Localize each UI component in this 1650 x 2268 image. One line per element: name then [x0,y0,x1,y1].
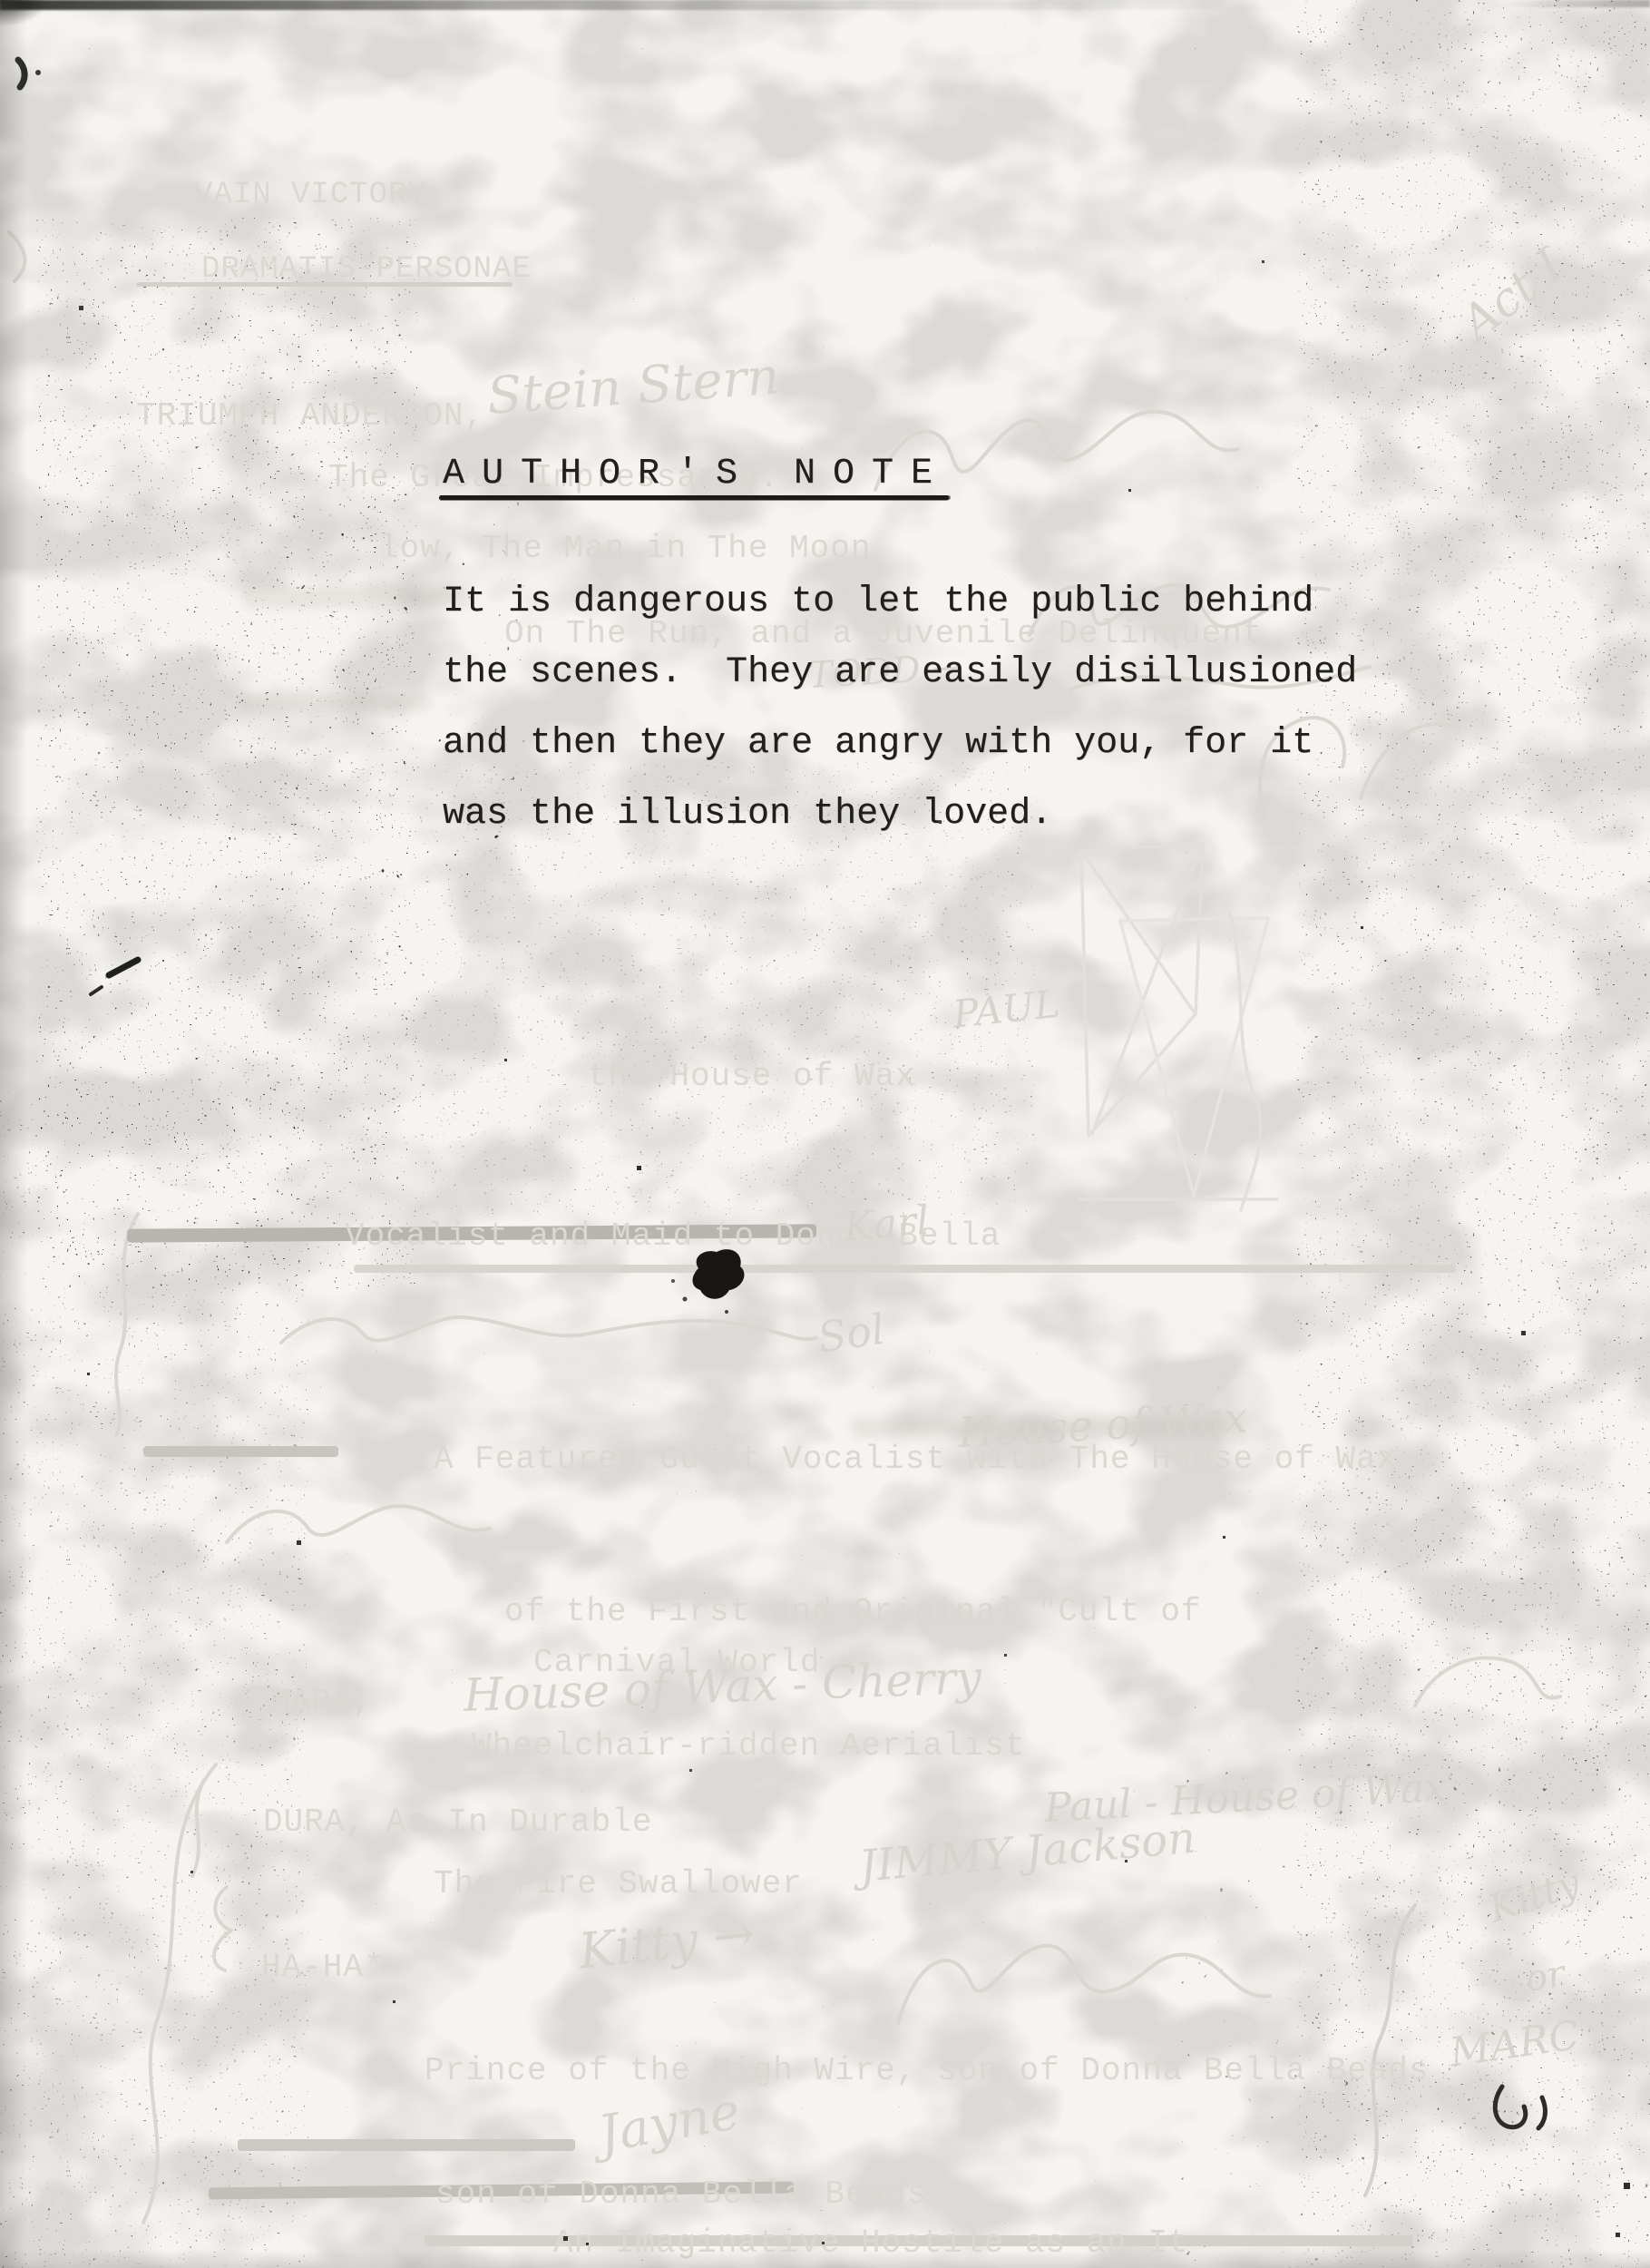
ghost-typed-line: Prince of the High Wire, son of Donna Be… [425,2052,1430,2089]
note-line: was the illusion they loved. [443,794,1052,835]
note-line: It is dangerous to let the public behind [443,582,1313,622]
ghost-handwritten-line: Kitty → [576,1905,757,1980]
ghost-handwritten-line: Act I [1451,239,1574,351]
note-line: and then they are angry with you, for it [443,723,1313,764]
ghost-typed-line: DRAMATIS-PERSONAE [201,252,532,287]
left-edge-shade [0,0,27,2268]
ghost-typed-line: Wheelchair-ridden Aerialist [472,1727,1025,1765]
ghost-typed-line: DURA, As In Durable [263,1804,652,1841]
ghost-typed-line: the House of Wax [588,1058,916,1095]
top-edge-shade [0,0,1650,10]
ghost-typed-line: HA-HA* [261,1949,385,1986]
ghost-handwritten-line: Kitty [1483,1860,1585,1931]
bottom-edge-shade [0,2250,1650,2268]
top-edge-shade-right [1488,0,1650,7]
ghost-handwritten-line: JIMMY Jackson [857,1813,1197,1892]
ghost-typed-line: low, The Man in The Moon [379,530,871,567]
ghost-layer: VAIN VICTORYDRAMATIS-PERSONAETRIUMPH AND… [0,0,1650,2268]
ghost-typed-line: A Featured Guest Vocalist with The House… [434,1441,1397,1478]
ghost-typed-line: MARA, [270,1684,373,1721]
scanned-page: VAIN VICTORYDRAMATIS-PERSONAETRIUMPH AND… [0,0,1650,2268]
ghost-typed-line: VAIN VICTORY [194,178,427,212]
ghost-typed-line: TRIUMPH ANDERSON, [136,397,484,435]
ghost-handwritten-line: PAUL [951,982,1062,1037]
note-line: the scenes. They are easily disillusione… [443,652,1357,693]
ghost-handwritten-line: Sol [815,1305,888,1363]
ghost-handwritten-line: or [1522,1952,1568,2000]
ghost-typed-line: The Fire Swallower [434,1865,803,1902]
ghost-handwritten-line: MARC [1447,2012,1582,2076]
ghost-handwritten-line: Jayne [594,2082,745,2165]
ghost-handwritten-line: Stein Stern [485,347,781,425]
note-heading: AUTHOR'S NOTE [443,454,950,494]
note-heading-underline [439,495,949,500]
ghost-typed-line: of the First and Original "Cult of [504,1593,1202,1630]
ghost-typed-line: son of Donna Bella Beads [435,2175,927,2213]
ghost-handwritten-line: Karl [842,1198,931,1251]
